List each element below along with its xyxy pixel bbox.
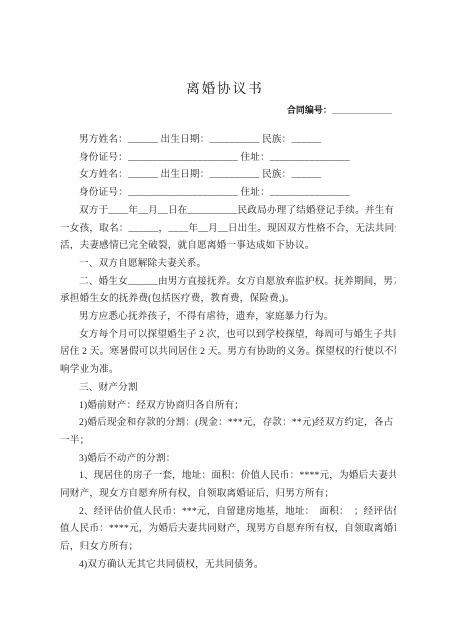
contract-number-label: 合同编号： [287,105,332,115]
doc-line: 3)婚后不动产的分割： [60,450,396,468]
document-page: 离婚协议书 合同编号：____________ 男方姓名：______ 出生日期… [0,0,450,637]
form-line-wife-name: 女方姓名：______ 出生日期：__________ 民族：______ [60,166,396,184]
doc-line: 活，夫妻感情已完全破裂，就自愿离婚一事达成如下协议。 [60,237,396,255]
document-title: 离婚协议书 [0,0,450,98]
doc-line: 值人民币：****元，为婚后夫妻共同财产，现男方自愿弃所有权，自领取离婚证 [60,520,396,538]
doc-line: 一女孩，取名：______，____年__月__日出生。现因双方性格不合，无法共… [60,220,396,238]
doc-line: 1)婚前财产：经双方协商归各自所有； [60,397,396,415]
form-line-husband-name: 男方姓名：______ 出生日期：__________ 民族：______ [60,131,396,149]
form-line-husband-id: 身份证号：______________________ 住址：_________… [60,149,396,167]
doc-line: 居住 2 天。寒暑假可以共同居住 2 天。男方有协助的义务。探望权的行使以不影 [60,343,396,361]
clause-3-line: 三、财产分割 [60,379,396,397]
doc-line: 男方应悉心抚养孩子，不得有虐待，遗弃，家庭暴力行为。 [60,308,396,326]
doc-line: 一半； [60,432,396,450]
doc-line: 同财产，现女方自愿弃所有权，自领取离婚证后，归男方所有； [60,485,396,503]
doc-line: 女方每个月可以探望婚生子 2 次，也可以到学校探望，每周可与婚生子共同 [60,326,396,344]
clause-2-line: 二、婚生女______由男方直接抚养。女方自愿放弃监护权。抚养期间，男方 [60,273,396,291]
contract-number: 合同编号：____________ [0,103,450,117]
doc-line: 双方于____年__月__日在__________民政局办理了结婚登记手续。并生… [60,202,396,220]
form-line-wife-id: 身份证号：______________________ 住址：_________… [60,184,396,202]
doc-line: 后，归女方所有； [60,538,396,556]
contract-number-blank: ____________ [332,105,392,115]
doc-line: 1、现居住的房子一套，地址：面积：价值人民币：****元，为婚后夫妻共 [60,467,396,485]
document-body: 男方姓名：______ 出生日期：__________ 民族：______ 身份… [60,131,396,574]
doc-line: 承担婚生女的抚养费(包括医疗费，教育费，保险费,)。 [60,290,396,308]
clause-1-line: 一、双方自愿解除夫妻关系。 [60,255,396,273]
doc-line: 2)婚后现金和存款的分割：(现金：***元，存款：**元)经双方约定，各占 [60,414,396,432]
doc-line: 4)双方确认无其它共同债权，无共同债务。 [60,556,396,574]
doc-line: 2、经评估价值人民币：***元，自留建房地基，地址： 面积： ；经评估价 [60,503,396,521]
doc-line: 响学业为准。 [60,361,396,379]
